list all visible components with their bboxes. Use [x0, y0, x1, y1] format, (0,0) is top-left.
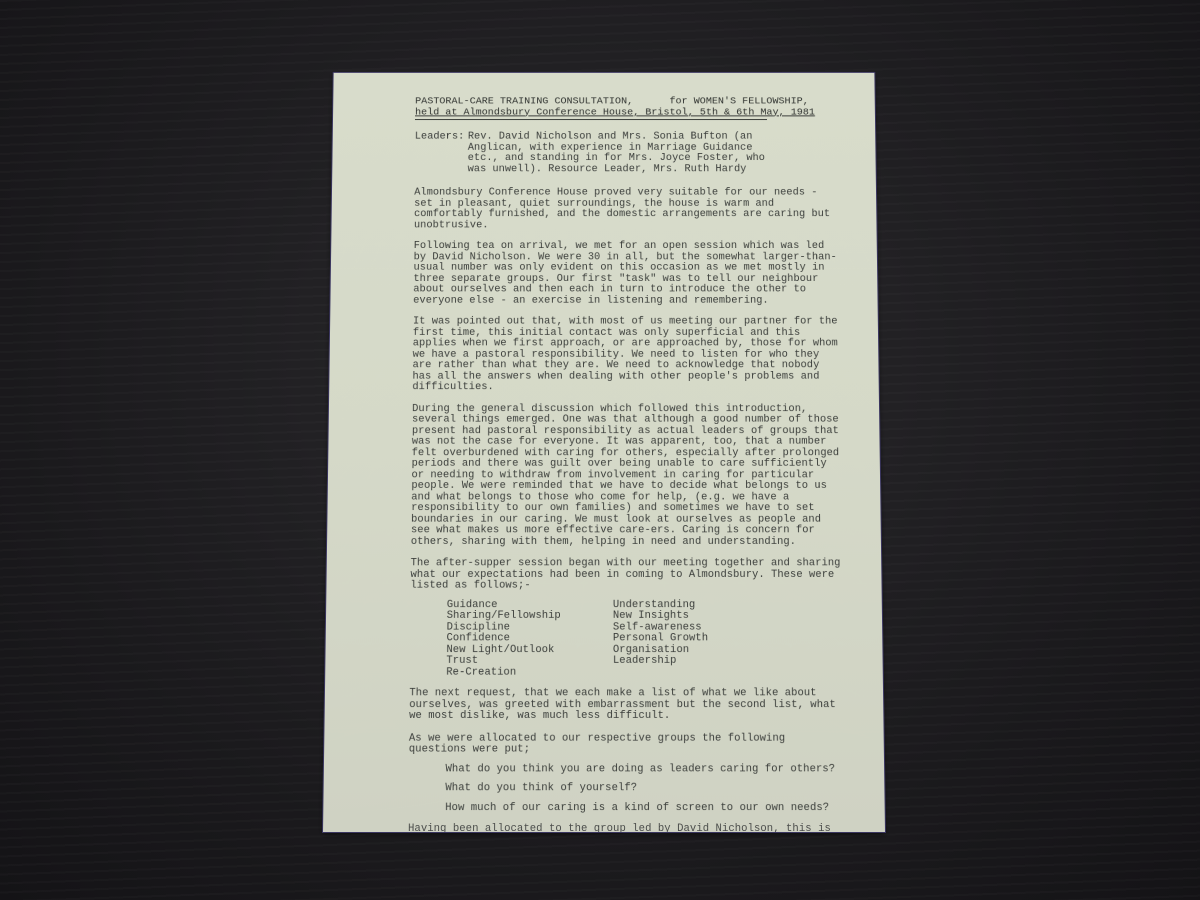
paragraph-opening-session: Following tea on arrival, we met for an …: [413, 242, 841, 307]
paragraph-venue: Almondsbury Conference House proved very…: [414, 188, 841, 231]
typed-document-page: PASTORAL-CARE TRAINING CONSULTATION, for…: [323, 73, 885, 832]
paragraph-group-report: Having been allocated to the group led b…: [407, 824, 848, 832]
expectation-item: Re-Creation: [446, 667, 613, 678]
expectations-left-column: GuidanceSharing/FellowshipDisciplineConf…: [446, 600, 613, 679]
question-item: What do you think of yourself?: [445, 783, 847, 794]
question-item: How much of our caring is a kind of scre…: [445, 803, 848, 814]
expectation-item: Personal Growth: [613, 634, 779, 645]
paragraph-general-discussion: During the general discussion which foll…: [411, 404, 845, 548]
title-line-1: PASTORAL-CARE TRAINING CONSULTATION, for…: [415, 97, 839, 108]
expectation-item: Trust: [446, 656, 613, 667]
expectation-item: Confidence: [446, 634, 612, 645]
expectations-right-column: UnderstandingNew InsightsSelf-awarenessP…: [613, 600, 780, 679]
paragraph-after-supper: The after-supper session began with our …: [410, 559, 845, 593]
questions-list: What do you think you are doing as leade…: [445, 764, 848, 814]
questions-intro: As we were allocated to our respective g…: [409, 733, 847, 756]
expectation-item: New Insights: [613, 611, 779, 622]
leaders-text: Rev. David Nicholson and Mrs. Sonia Buft…: [468, 132, 787, 175]
expectations-list: GuidanceSharing/FellowshipDisciplineConf…: [446, 600, 846, 679]
document-title: PASTORAL-CARE TRAINING CONSULTATION, for…: [415, 97, 839, 120]
leaders-block: Leaders: Rev. David Nicholson and Mrs. S…: [414, 132, 840, 175]
question-item: What do you think you are doing as leade…: [445, 764, 847, 775]
title-line-2: held at Almondsbury Conference House, Br…: [415, 108, 839, 119]
paragraph-initial-contact: It was pointed out that, with most of us…: [412, 317, 842, 394]
paragraph-likes-dislikes: The next request, that we each make a li…: [409, 689, 847, 723]
title-underline: [415, 119, 767, 120]
expectation-item: Leadership: [613, 656, 780, 667]
leaders-label: Leaders:: [414, 132, 467, 175]
expectation-item: Sharing/Fellowship: [447, 611, 613, 622]
document-body: PASTORAL-CARE TRAINING CONSULTATION, for…: [407, 97, 849, 832]
